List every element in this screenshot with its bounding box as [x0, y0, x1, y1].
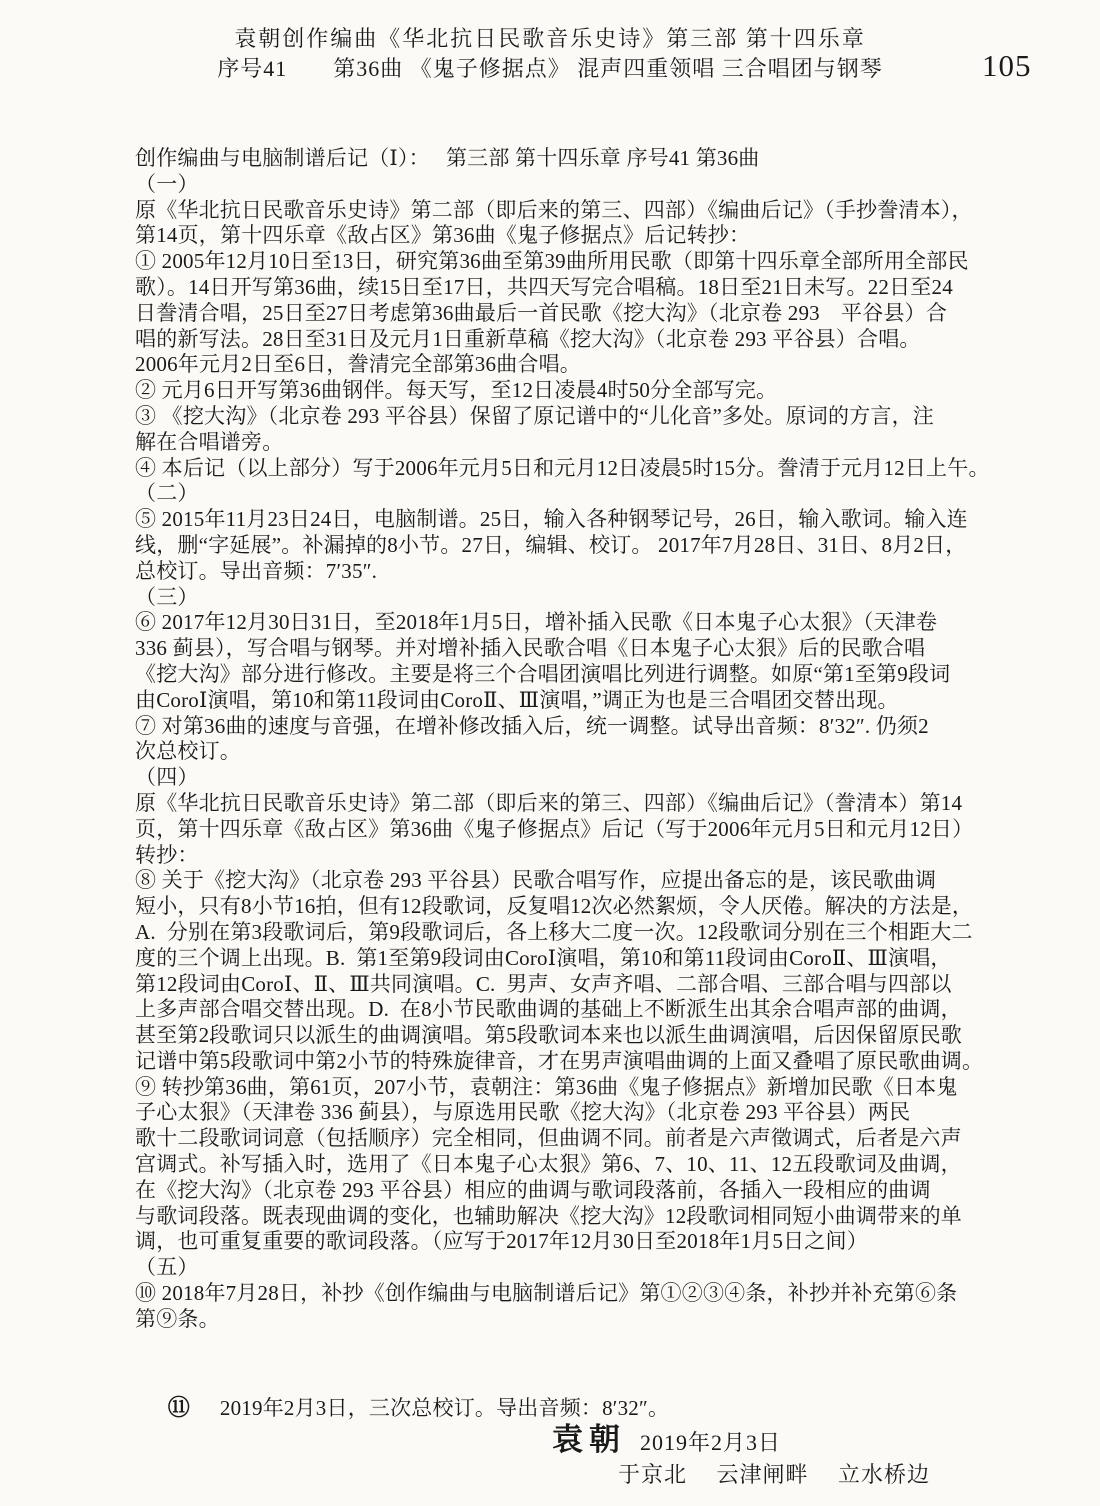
body-line: （三） [135, 585, 1050, 611]
signature-row: 袁朝 2019年2月3日 [552, 1414, 781, 1459]
body-line: 次总校订。 [135, 739, 1050, 765]
document-page: 袁朝创作编曲《华北抗日民歌音乐史诗》第三部 第十四乐章 序号41 第36曲 《鬼… [0, 0, 1100, 1506]
body-line: ⑧ 关于《挖大沟》（北京卷 293 平谷县）民歌合唱写作，应提出备忘的是，该民歌… [135, 868, 1050, 894]
body-line: 子心太狠》（天津卷 336 蓟县），与原选用民歌《挖大沟》（北京卷 293 平谷… [135, 1100, 1050, 1126]
body-line: ④ 本后记（以上部分）写于2006年元月5日和元月12日凌晨5时15分。誊清于元… [135, 456, 1050, 482]
signature-name: 袁朝 [552, 1414, 626, 1459]
body-line: 第12段词由CoroⅠ、Ⅱ、Ⅲ共同演唱。C. 男声、女声齐唱、二部合唱、三部合唱… [135, 972, 1050, 998]
body-line: 度的三个调上出现。B. 第1至第9段词由CoroⅠ演唱，第10和第11段词由Co… [135, 946, 1050, 972]
body-line: 甚至第2段歌词只以派生的曲调演唱。第5段歌词本来也以派生曲调演唱，后因保留原民歌 [135, 1023, 1050, 1049]
body-line: 336 蓟县），写合唱与钢琴。并对增补插入民歌合唱《日本鬼子心太狠》后的民歌合唱 [135, 636, 1050, 662]
body-line: 在《挖大沟》（北京卷 293 平谷县）相应的曲调与歌词段落前，各插入一段相应的曲… [135, 1178, 1050, 1204]
body-line: 歌十二段歌词词意（包括顺序）完全相同，但曲调不同。前者是六声徵调式，后者是六声 [135, 1126, 1050, 1152]
body-line: ① 2005年12月10日至13日，研究第36曲至第39曲所用民歌（即第十四乐章… [135, 249, 1050, 275]
header-title-line1: 袁朝创作编曲《华北抗日民歌音乐史诗》第三部 第十四乐章 [110, 24, 990, 54]
body-line: 页，第十四乐章《敌占区》第36曲《鬼子修据点》后记（写于2006年元月5日和元月… [135, 817, 1050, 843]
body-line: 短小，只有8小节16拍，但有12段歌词，反复唱12次必然絮烦，令人厌倦。解决的方… [135, 894, 1050, 920]
body-line: A. 分别在第3段歌词后，第9段歌词后，各上移大二度一次。12段歌词分别在三个相… [135, 920, 1050, 946]
body-line: 2006年元月2日至6日，誊清完全部第36曲合唱。 [135, 352, 1050, 378]
signature-location: 于京北 云津闸畔 立水桥边 [618, 1458, 930, 1489]
body-line: 解在合唱谱旁。 [135, 430, 1050, 456]
item-11-marker: ⑪ [168, 1395, 190, 1420]
page-number: 105 [982, 48, 1032, 84]
body-line: ⑦ 对第36曲的速度与音强，在增补修改插入后，统一调整。试导出音频：8′32″.… [135, 714, 1050, 740]
document-body: 创作编曲与电脑制谱后记（Ⅰ）： 第三部 第十四乐章 序号41 第36曲（一）原《… [135, 146, 1050, 1448]
body-line: 转抄： [135, 843, 1050, 869]
body-line: 创作编曲与电脑制谱后记（Ⅰ）： 第三部 第十四乐章 序号41 第36曲 [135, 146, 1050, 172]
body-line: ③ 《挖大沟》（北京卷 293 平谷县）保留了原记谱中的“儿化音”多处。原词的方… [135, 404, 1050, 430]
body-lines: 创作编曲与电脑制谱后记（Ⅰ）： 第三部 第十四乐章 序号41 第36曲（一）原《… [135, 146, 1050, 1333]
body-line: ⑩ 2018年7月28日，补抄《创作编曲与电脑制谱后记》第①②③④条，补抄并补充… [135, 1281, 1050, 1307]
body-line: 原《华北抗日民歌音乐史诗》第二部（即后来的第三、四部）《编曲后记》（手抄誊清本）… [135, 198, 1050, 224]
body-line: （五） [135, 1255, 1050, 1281]
page-header: 袁朝创作编曲《华北抗日民歌音乐史诗》第三部 第十四乐章 序号41 第36曲 《鬼… [110, 24, 990, 84]
body-line: ⑨ 转抄第36曲，第61页，207小节，袁朝注：第36曲《鬼子修据点》新增加民歌… [135, 1075, 1050, 1101]
body-line: 调，也可重复重要的歌词段落。（应写于2017年12月30日至2018年1月5日之… [135, 1229, 1050, 1255]
signature-date: 2019年2月3日 [640, 1426, 781, 1457]
body-line: （四） [135, 765, 1050, 791]
body-line: ⑤ 2015年11月23日24日，电脑制谱。25日，输入各种钢琴记号，26日，输… [135, 507, 1050, 533]
body-line: ② 元月6日开写第36曲钢伴。每天写，至12日凌晨4时50分全部写完。 [135, 378, 1050, 404]
body-line: 宫调式。补写插入时，选用了《日本鬼子心太狠》第6、7、10、11、12五段歌词及… [135, 1152, 1050, 1178]
body-line: （一） [135, 172, 1050, 198]
body-line: ⑥ 2017年12月30日31日，至2018年1月5日，增补插入民歌《日本鬼子心… [135, 610, 1050, 636]
body-line: 记谱中第5段歌词中第2小节的特殊旋律音，才在男声演唱曲调的上面又叠唱了原民歌曲调… [135, 1049, 1050, 1075]
body-line: 由CoroⅠ演唱，第10和第11段词由CoroⅡ、Ⅲ演唱，”调正为也是三合唱团交… [135, 688, 1050, 714]
body-line: 原《华北抗日民歌音乐史诗》第二部（即后来的第三、四部）《编曲后记》（誊清本）第1… [135, 791, 1050, 817]
body-line: 总校订。导出音频：7′35″. [135, 559, 1050, 585]
body-line: 线，删“字延展”。补漏掉的8小节。27日，编辑、校订。 2017年7月28日、3… [135, 533, 1050, 559]
body-line: 《挖大沟》部分进行修改。主要是将三个合唱团演唱比列进行调整。如原“第1至第9段词 [135, 662, 1050, 688]
body-line: （二） [135, 481, 1050, 507]
body-line: 第14页，第十四乐章《敌占区》第36曲《鬼子修据点》后记转抄： [135, 223, 1050, 249]
body-line: 日誊清合唱，25日至27日考虑第36曲最后一首民歌《挖大沟》（北京卷 293 平… [135, 301, 1050, 327]
body-line: 唱的新写法。28日至31日及元月1日重新草稿《挖大沟》（北京卷 293 平谷县）… [135, 327, 1050, 353]
body-line: 上多声部合唱交替出现。D. 在8小节民歌曲调的基础上不断派生出其余合唱声部的曲调… [135, 997, 1050, 1023]
body-line: 与歌词段落。既表现曲调的变化，也辅助解决《挖大沟》12段歌词相同短小曲调带来的单 [135, 1204, 1050, 1230]
body-line: 歌）。14日开写第36曲，续15日至17日，共四天写完合唱稿。18日至21日未写… [135, 275, 1050, 301]
header-title-line2: 序号41 第36曲 《鬼子修据点》 混声四重领唱 三合唱团与钢琴 [110, 54, 990, 84]
body-line: 第⑨条。 [135, 1307, 1050, 1333]
